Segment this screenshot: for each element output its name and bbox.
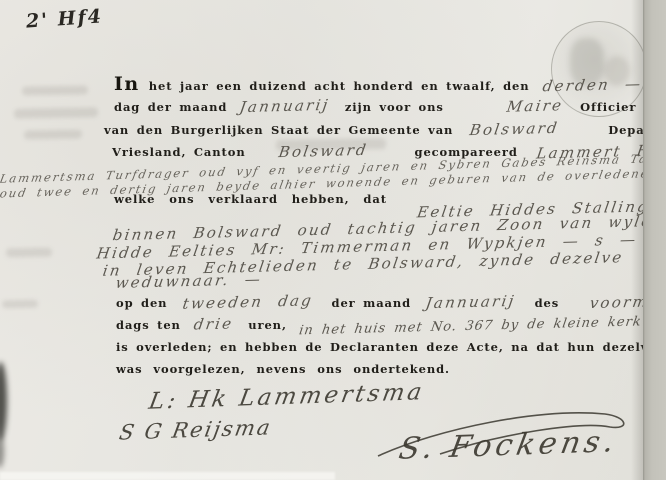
printed-segment: dags ten (116, 318, 181, 332)
printed-segment: uren, (248, 318, 287, 332)
scanned-death-record-page: 2' Hf4 In het jaar een duizend acht hond… (0, 0, 666, 480)
printed-segment: der maand (332, 296, 412, 310)
printed-segment: welke ons verklaard hebben, dat (114, 192, 387, 206)
page-edge (643, 0, 666, 480)
page-edge-shadow (631, 0, 643, 480)
scan-bottom-edge (0, 472, 335, 480)
handwritten-segment: weduwnaar. — (114, 270, 263, 292)
handwritten-segment: derden — (541, 75, 643, 96)
deed-line-2: dag der maand Jannuarij zijn voor ons Ma… (114, 96, 636, 115)
deed-line-1: In het jaar een duizend acht honderd en … (114, 73, 642, 95)
deed-written-line-5: weduwnaar. — (116, 271, 262, 290)
deed-line-5: welke ons verklaard hebben, dat (114, 188, 387, 207)
handwritten-segment: Jannuarij (425, 292, 517, 312)
printed-segment: was voorgelezen, nevens ons ondertekend. (116, 362, 450, 376)
printed-segment: des (535, 296, 560, 310)
handwritten-segment: Jannuarij (239, 96, 331, 116)
deed-line-3: van den Burgerlijken Staat der Gemeente … (104, 119, 666, 138)
scan-edge-blotch (0, 434, 4, 468)
deed-line-8: is overleden; en hebben de Declaranten d… (116, 336, 657, 355)
printed-segment: dag der maand (114, 100, 227, 114)
printed-segment: het jaar een duizend acht honderd en twa… (149, 79, 530, 93)
signature-reijsma: S G Reijsma (117, 415, 273, 444)
deed-line-6: op den tweeden dag der maand Jannuarij d… (116, 292, 666, 311)
printed-segment: van den Burgerlijken Staat der Gemeente … (104, 123, 453, 137)
handwritten-segment: drie (192, 314, 234, 333)
inkbleed-smudge (6, 248, 52, 258)
inkbleed-smudge (2, 300, 38, 309)
inkbleed-smudge (14, 107, 98, 118)
inkbleed-smudge (24, 129, 82, 139)
printed-segment: is overleden; en hebben de Declaranten d… (116, 340, 657, 354)
scan-edge-blotch (0, 362, 7, 440)
handwritten-segment: Bolsward (469, 119, 561, 139)
handwritten-segment: tweeden dag (181, 291, 314, 312)
printed-segment: zijn voor ons (345, 100, 444, 114)
handwritten-segment: Maire (505, 96, 564, 115)
deed-line-7: dags ten drie uren, in het huis met No. … (116, 314, 666, 333)
printed-segment: op den (116, 296, 167, 310)
inkbleed-smudge (22, 85, 88, 95)
printed-segment: In (114, 73, 140, 95)
printed-segment: Officier (580, 100, 636, 114)
deed-line-9: was voorgelezen, nevens ons ondertekend. (116, 358, 450, 377)
archival-note: 2' Hf4 (25, 5, 103, 32)
handwritten-segment: in het huis met No. 367 by de kleine ker… (298, 313, 666, 339)
